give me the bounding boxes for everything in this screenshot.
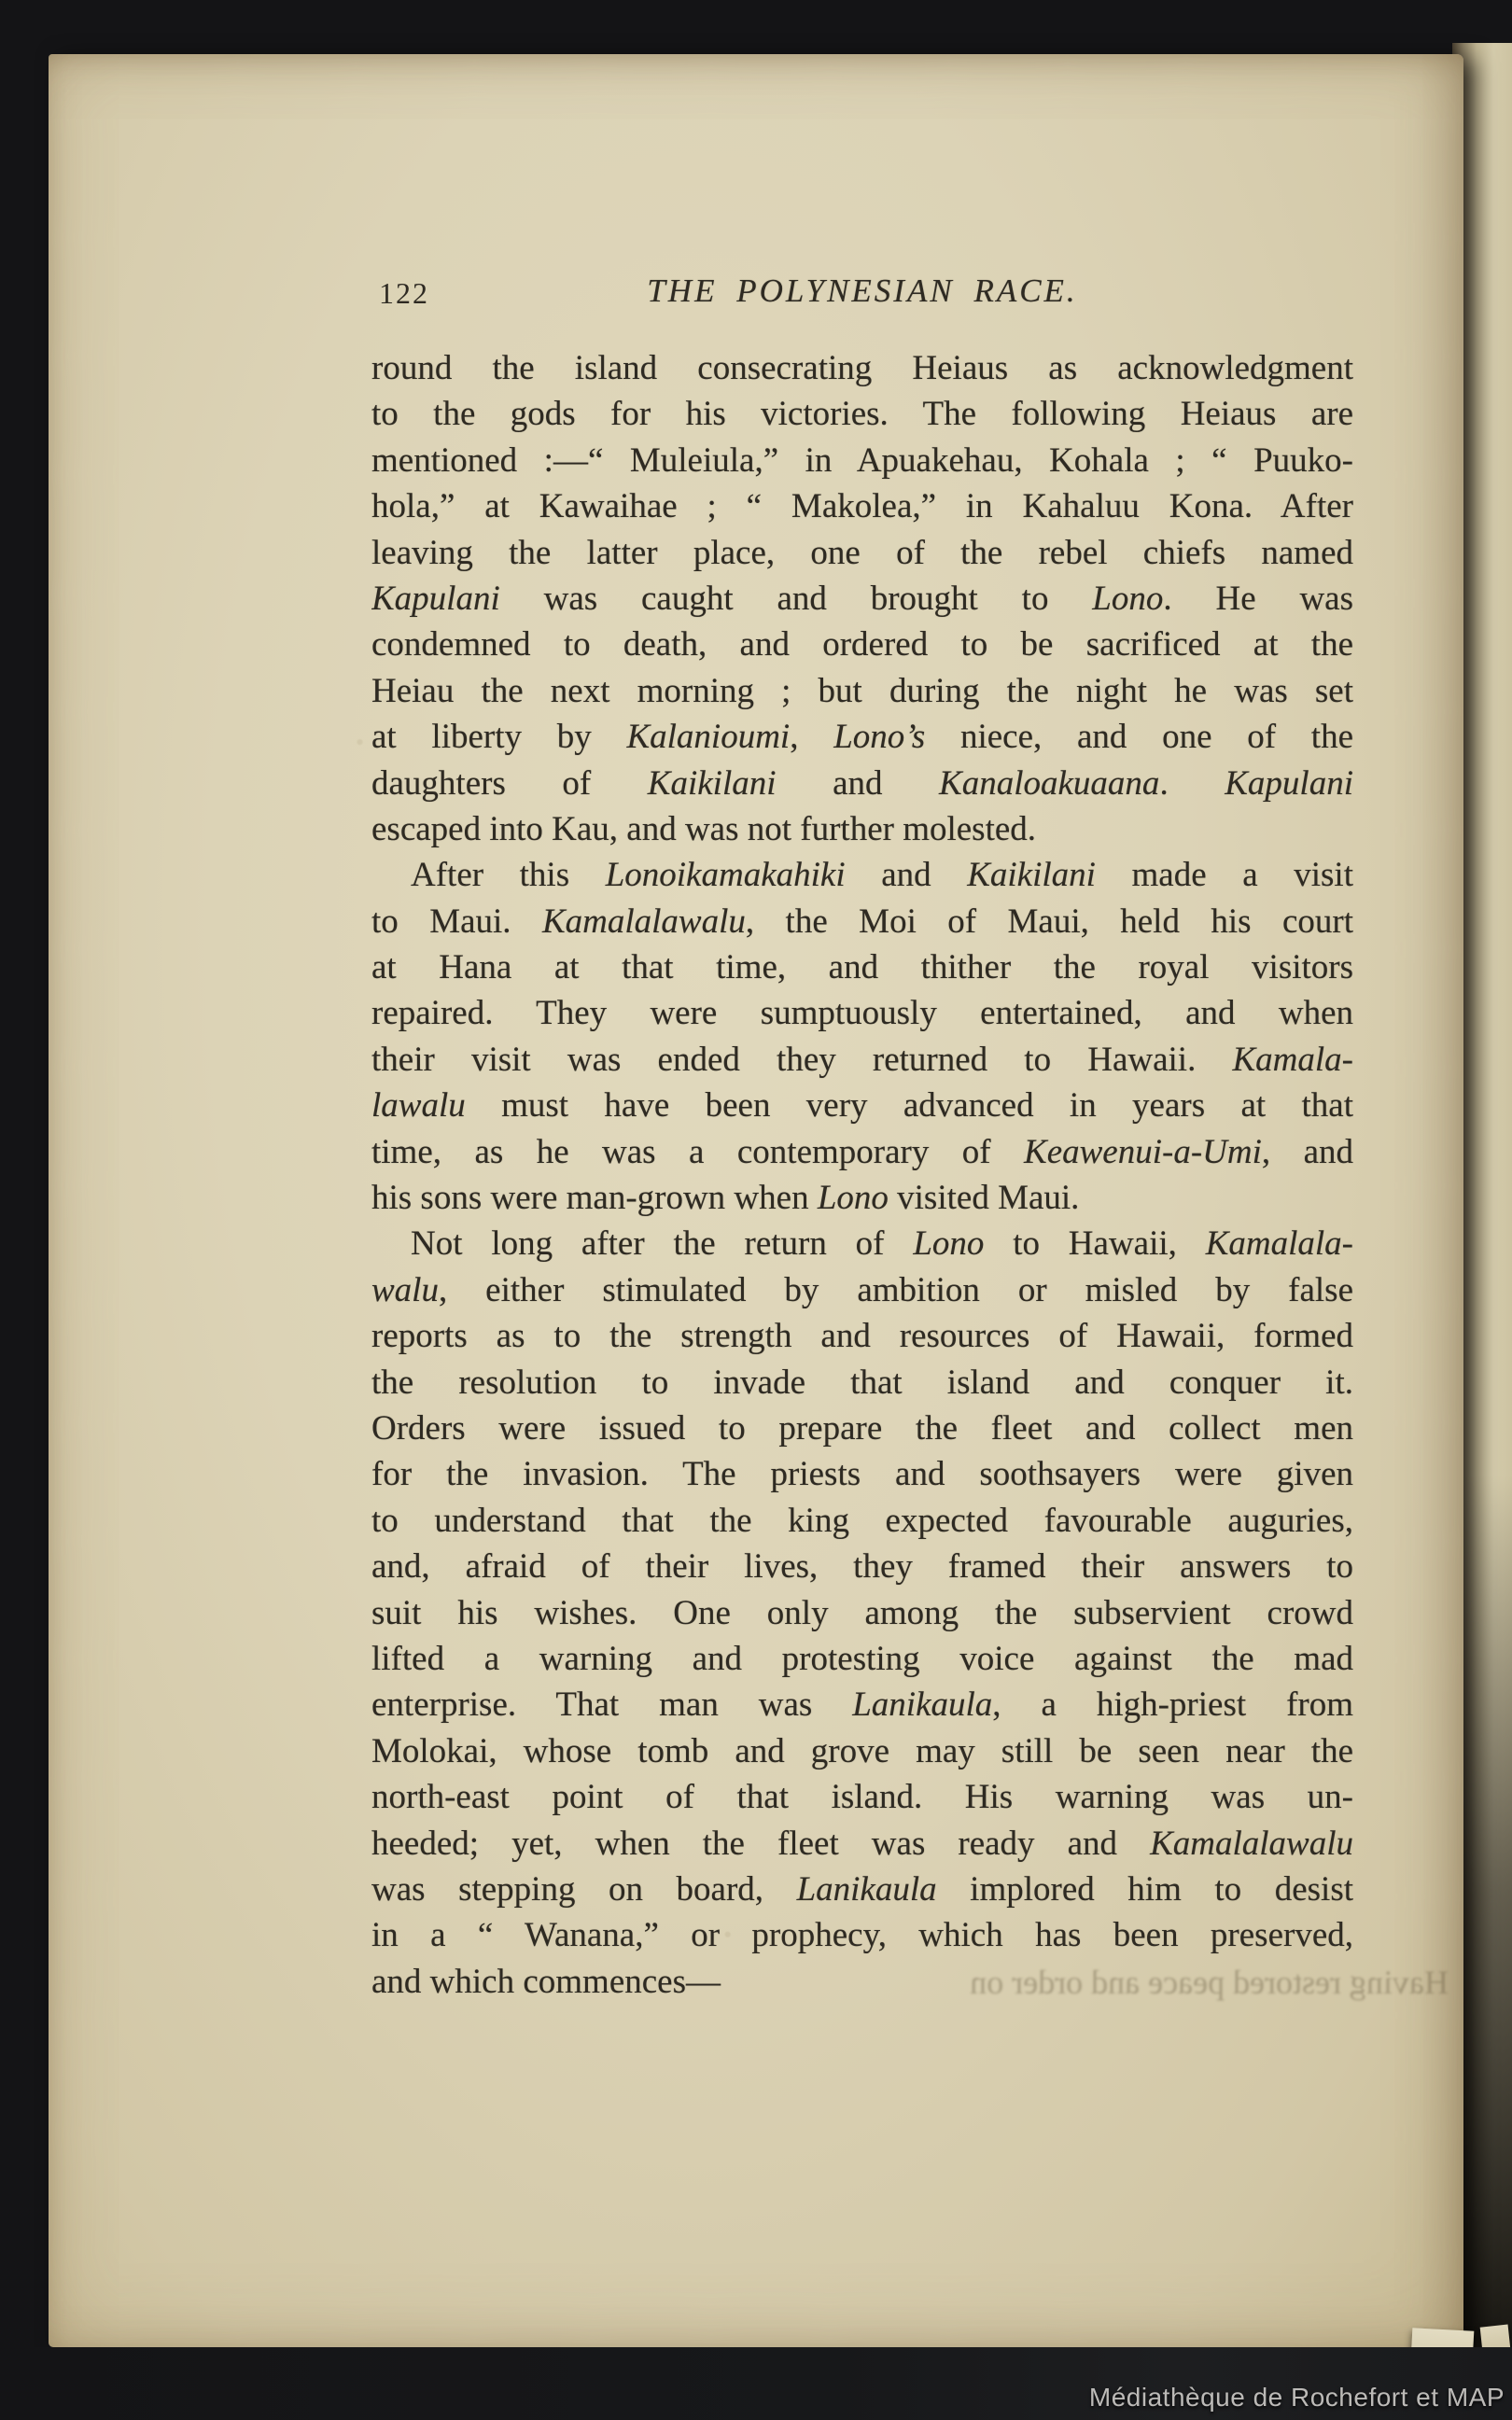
text-line: leaving the latter place, one of the reb…: [371, 530, 1353, 576]
text-line: to understand that the king expected fav…: [371, 1498, 1353, 1544]
text-line: heeded; yet, when the fleet was ready an…: [371, 1821, 1353, 1867]
text-line: his sons were man-grown when Lono visite…: [371, 1175, 1353, 1221]
text-line: to Maui. Kamalalawalu, the Moi of Maui, …: [371, 899, 1353, 944]
page-number: 122: [379, 276, 429, 311]
text-line: in a “ Wanana,” or prophecy, which has b…: [371, 1912, 1353, 1958]
text-line: daughters of Kaikilani and Kanaloakuaana…: [371, 761, 1353, 806]
text-line: round the island consecrating Heiaus as …: [371, 345, 1353, 391]
text-line: to the gods for his victories. The follo…: [371, 391, 1353, 437]
bottom-band: Médiathèque de Rochefort et MAP: [0, 2347, 1512, 2420]
text-line: time, as he was a contemporary of Keawen…: [371, 1129, 1353, 1175]
text-line: Kapulani was caught and brought to Lono.…: [371, 576, 1353, 622]
text-line: hola,” at Kawaihae ; “ Makolea,” in Kaha…: [371, 483, 1353, 529]
text-line: and, afraid of their lives, they framed …: [371, 1544, 1353, 1589]
text-line: at Hana at that time, and thither the ro…: [371, 944, 1353, 990]
text-line: Heiau the next morning ; but during the …: [371, 668, 1353, 714]
text-line: mentioned :—“ Muleiula,” in Apuakehau, K…: [371, 438, 1353, 483]
book-page: 122 THE POLYNESIAN RACE. round the islan…: [49, 54, 1463, 2347]
text-line: lawalu must have been very advanced in y…: [371, 1083, 1353, 1128]
text-line: suit his wishes. One only among the subs…: [371, 1590, 1353, 1636]
text-line: for the invasion. The priests and sooths…: [371, 1451, 1353, 1497]
text-line: escaped into Kau, and was not further mo…: [371, 806, 1353, 852]
text-line: walu, either stimulated by ambition or m…: [371, 1267, 1353, 1313]
text-line: reports as to the strength and resources…: [371, 1313, 1353, 1359]
text-line: repaired. They were sumptuously entertai…: [371, 990, 1353, 1036]
text-line: Orders were issued to prepare the fleet …: [371, 1406, 1353, 1451]
page-header-title: THE POLYNESIAN RACE.: [371, 271, 1353, 310]
text-line: enterprise. That man was Lanikaula, a hi…: [371, 1682, 1353, 1728]
text-line: the resolution to invade that island and…: [371, 1360, 1353, 1406]
scan-background: 122 THE POLYNESIAN RACE. round the islan…: [0, 0, 1512, 2420]
text-line: Not long after the return of Lono to Haw…: [371, 1221, 1353, 1266]
bleed-through-text: Having restored peace and order on: [737, 1960, 1449, 2007]
text-line: north-east point of that island. His war…: [371, 1774, 1353, 1820]
text-line: was stepping on board, Lanikaula implore…: [371, 1867, 1353, 1912]
text-line: Molokai, whose tomb and grove may still …: [371, 1728, 1353, 1774]
watermark-label: Médiathèque de Rochefort et MAP: [1089, 2383, 1505, 2413]
text-line: condemned to death, and ordered to be sa…: [371, 622, 1353, 667]
text-block: round the island consecrating Heiaus as …: [371, 345, 1353, 2005]
text-line: lifted a warning and protesting voice ag…: [371, 1636, 1353, 1682]
running-header: 122 THE POLYNESIAN RACE.: [371, 271, 1353, 314]
text-line: After this Lonoikamakahiki and Kaikilani…: [371, 852, 1353, 898]
text-line: their visit was ended they returned to H…: [371, 1037, 1353, 1083]
text-line: at liberty by Kalanioumi, Lono’s niece, …: [371, 714, 1353, 760]
